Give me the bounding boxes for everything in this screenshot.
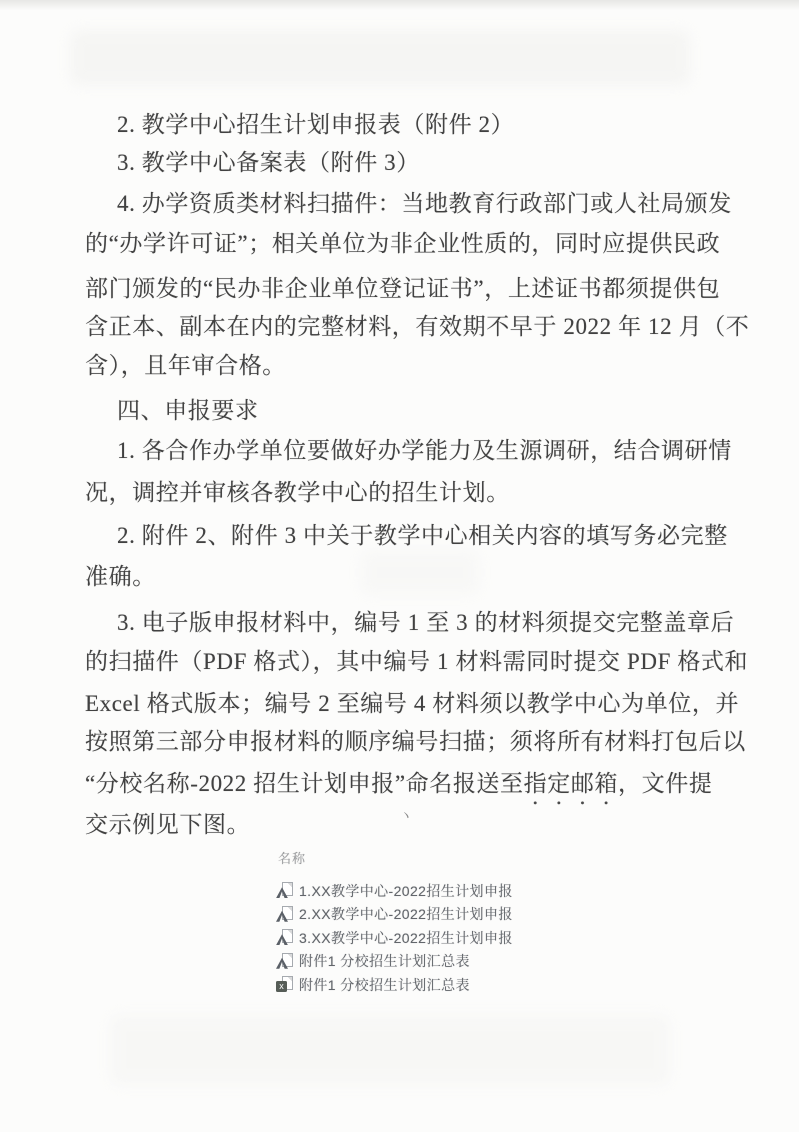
document-line: 按照第三部分申报材料的顺序编号扫描；须将所有材料打包后以 — [85, 729, 746, 755]
pdf-file-icon — [276, 882, 294, 899]
document-line: 准确。 — [85, 564, 156, 590]
document-line: “分校名称-2022 招生计划申报”命名报送至指定邮箱，文件提 — [85, 771, 712, 810]
document-line: 2. 教学中心招生计划申报表（附件 2） — [117, 112, 514, 138]
file-list-item: 1.XX教学中心-2022招生计划申报 — [276, 879, 576, 903]
pdf-file-icon — [276, 929, 294, 946]
document-line: 3. 教学中心备案表（附件 3） — [117, 150, 420, 176]
scan-artifact — [110, 1015, 670, 1085]
document-line: 四、申报要求 — [117, 398, 259, 424]
scan-top-edge — [0, 0, 799, 10]
document-line: 的“办学许可证”；相关单位为非企业性质的，同时应提供民政 — [85, 231, 720, 257]
file-name-label: 附件1 分校招生计划汇总表 — [299, 951, 470, 971]
file-list-item: 附件1 分校招生计划汇总表 — [276, 950, 576, 974]
file-name-label: 附件1 分校招生计划汇总表 — [299, 975, 470, 995]
document-line: 含正本、副本在内的完整材料，有效期不早于 2022 年 12 月（不 — [85, 314, 749, 340]
file-name-label: 2.XX教学中心-2022招生计划申报 — [299, 904, 513, 924]
document-line: 3. 电子版申报材料中，编号 1 至 3 的材料须提交完整盖章后 — [117, 610, 734, 636]
file-list-header-name: 名称 — [278, 848, 576, 867]
document-line: 4. 办学资质类材料扫描件：当地教育行政部门或人社局颁发 — [117, 191, 732, 217]
excel-logo-shape — [276, 981, 287, 992]
scanned-document-page: 2. 教学中心招生计划申报表（附件 2）3. 教学中心备案表（附件 3）4. 办… — [0, 0, 799, 1132]
excel-file-icon — [276, 976, 294, 993]
document-line: 含），且年审合格。 — [85, 353, 286, 379]
document-line: 的扫描件（PDF 格式），其中编号 1 材料需同时提交 PDF 格式和 — [85, 649, 748, 675]
file-list-item: 附件1 分校招生计划汇总表 — [276, 973, 576, 997]
file-list: 1.XX教学中心-2022招生计划申报2.XX教学中心-2022招生计划申报3.… — [276, 879, 576, 997]
scan-artifact — [70, 30, 690, 85]
document-line: Excel 格式版本；编号 2 至编号 4 材料须以教学中心为单位，并 — [85, 691, 739, 717]
emphasis-dots-text: 指定邮箱 — [524, 771, 618, 796]
file-list-screenshot: 名称 1.XX教学中心-2022招生计划申报2.XX教学中心-2022招生计划申… — [276, 848, 576, 997]
document-line: 交示例见下图。 — [85, 812, 250, 838]
file-list-item: 2.XX教学中心-2022招生计划申报 — [276, 903, 576, 927]
pdf-file-icon — [276, 953, 294, 970]
document-line: 况，调控并审核各教学中心的招生计划。 — [85, 480, 510, 506]
document-line: 2. 附件 2、附件 3 中关于教学中心相关内容的填写务必完整 — [117, 523, 728, 549]
pdf-file-icon — [276, 906, 294, 923]
file-name-label: 3.XX教学中心-2022招生计划申报 — [299, 928, 513, 948]
scan-artifact — [360, 550, 480, 595]
document-line: 部门颁发的“民办非企业单位登记证书”，上述证书都须提供包 — [85, 276, 720, 302]
document-line: 1. 各合作办学单位要做好办学能力及生源调研，结合调研情 — [117, 438, 732, 464]
file-list-item: 3.XX教学中心-2022招生计划申报 — [276, 926, 576, 950]
file-name-label: 1.XX教学中心-2022招生计划申报 — [299, 881, 513, 901]
scan-stray-mark: 丶 — [398, 805, 415, 827]
